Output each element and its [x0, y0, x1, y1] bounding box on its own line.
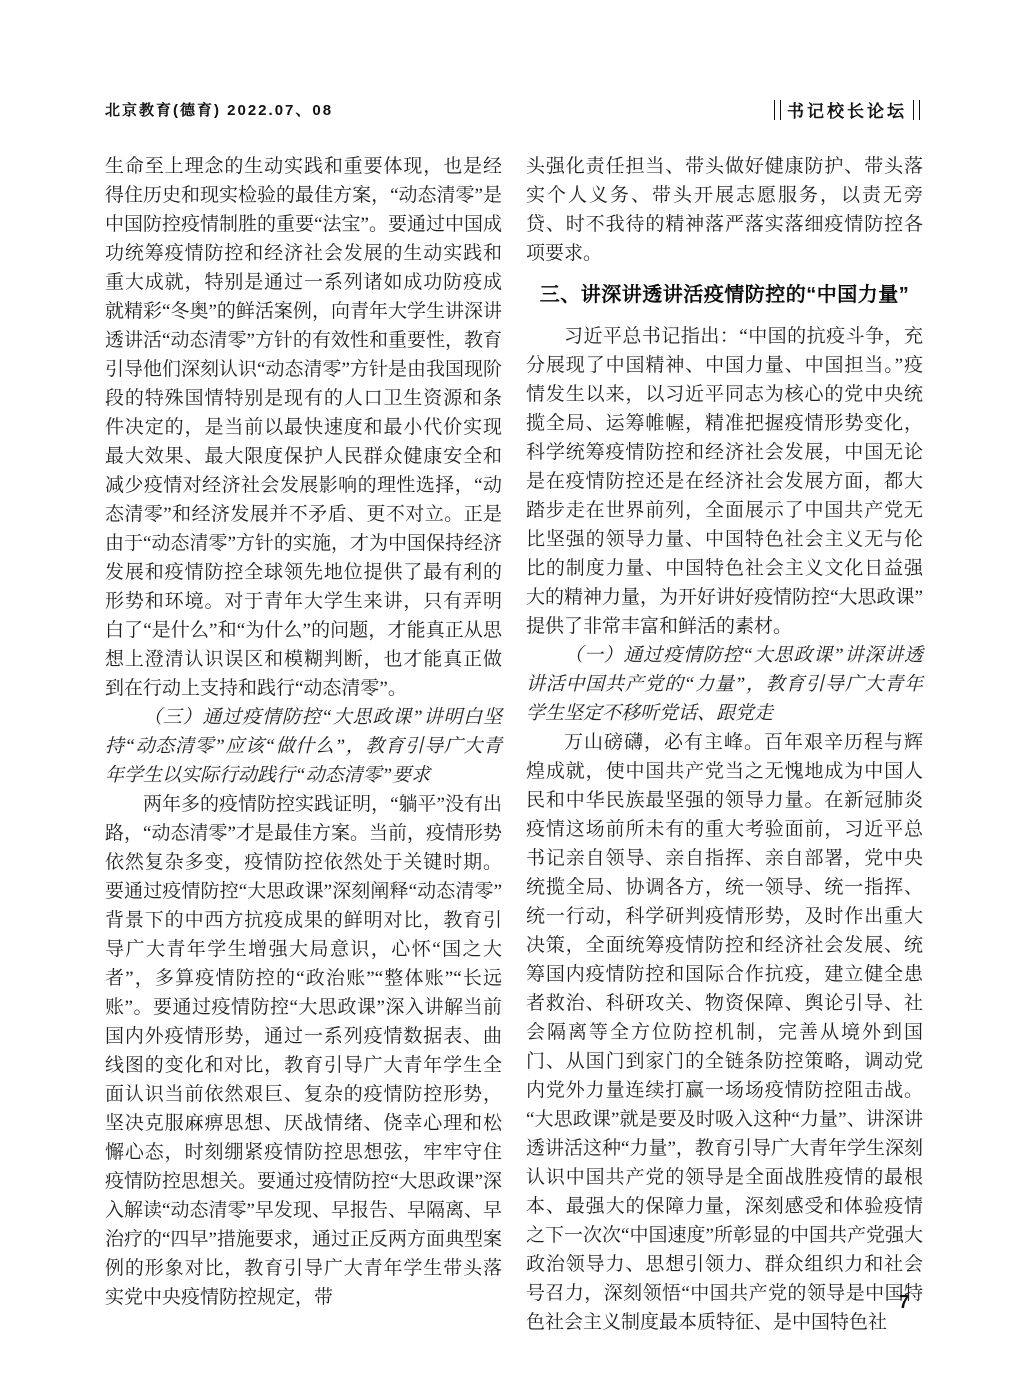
forum-banner: 书记校长论坛 — [772, 97, 922, 122]
right-column: 头强化责任担当、带头做好健康防护、带头落实个人义务、带头开展志愿服务，以责无旁贷… — [526, 152, 923, 1337]
left-column: 生命至上理念的生动实践和重要体现，也是经得住历史和现实检验的最佳方案，“动态清零… — [105, 152, 502, 1312]
banner-double-bar-left-icon — [774, 100, 781, 120]
body-paragraph-continued: 生命至上理念的生动实践和重要体现，也是经得住历史和现实检验的最佳方案，“动态清零… — [105, 152, 502, 703]
subsection-heading-one: （一）通过疫情防控“大思政课”讲深讲透讲活中国共产党的“力量”，教育引导广大青年… — [526, 641, 923, 728]
banner-double-bar-right-icon — [913, 100, 920, 120]
subsection-heading-three: （三）通过疫情防控“大思政课”讲明白坚持“动态清零”应该“做什么”，教育引导广大… — [105, 703, 502, 790]
body-paragraph: 万山磅礴，必有主峰。百年艰辛历程与辉煌成就，使中国共产党当之无愧地成为中国人民和… — [526, 728, 923, 1337]
journal-issue: 北京教育(德育) 2022.07、08 — [105, 99, 333, 120]
body-paragraph: 习近平总书记指出：“中国的抗疫斗争，充分展现了中国精神、中国力量、中国担当。”疫… — [526, 322, 923, 641]
body-paragraph-continued: 头强化责任担当、带头做好健康防护、带头落实个人义务、带头开展志愿服务，以责无旁贷… — [526, 152, 923, 268]
forum-banner-label: 书记校长论坛 — [787, 97, 907, 122]
page-number: 7 — [899, 1292, 909, 1313]
body-paragraph: 两年多的疫情防控实践证明，“躺平”没有出路，“动态清零”才是最佳方案。当前，疫情… — [105, 790, 502, 1312]
section-heading-three: 三、讲深讲透讲活疫情防控的“中国力量” — [526, 281, 923, 310]
